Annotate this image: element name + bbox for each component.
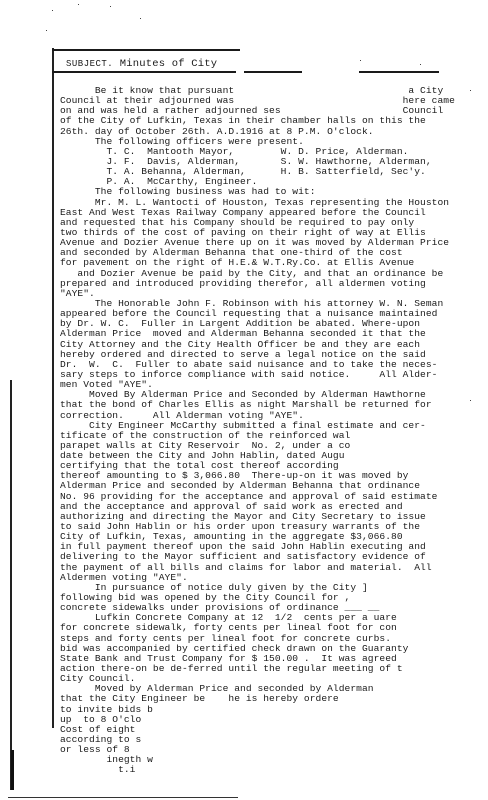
scan-noise: [470, 90, 471, 91]
scan-noise: [360, 60, 361, 61]
subject-label: SUBJECT.: [66, 59, 113, 69]
page-edge-mark: [11, 750, 14, 790]
subject-heading: SUBJECT. Minutes of City: [66, 58, 217, 70]
scan-noise: [110, 6, 111, 7]
header-top-rule: [52, 49, 240, 51]
document-line: that the bond of Charles Ellis as night …: [60, 400, 480, 410]
document-line: t.i: [60, 765, 480, 775]
document-line: prepared and introduced providing theref…: [60, 279, 480, 289]
scan-noise: [420, 64, 421, 65]
scan-noise: [470, 400, 471, 401]
page-edge-left-border: [10, 380, 12, 790]
scan-noise: [46, 30, 47, 31]
header-rule-middle: [244, 71, 302, 73]
header-bottom-rule: [52, 71, 236, 73]
document-line: Alderman Price moved and Alderman Behann…: [60, 329, 480, 339]
left-margin-rule: [52, 48, 54, 728]
minutes-body-text: Be it know that pursuant a CityCouncil a…: [60, 86, 480, 776]
header-rule-right: [359, 71, 439, 73]
scan-noise: [78, 4, 79, 5]
document-line: for pavement on the right of H.E.& W.T.R…: [60, 258, 480, 268]
scan-noise: [140, 18, 141, 19]
scan-noise: [52, 10, 53, 11]
page-edge-bottom-border: [8, 797, 238, 798]
subject-text: Minutes of City: [120, 58, 218, 70]
